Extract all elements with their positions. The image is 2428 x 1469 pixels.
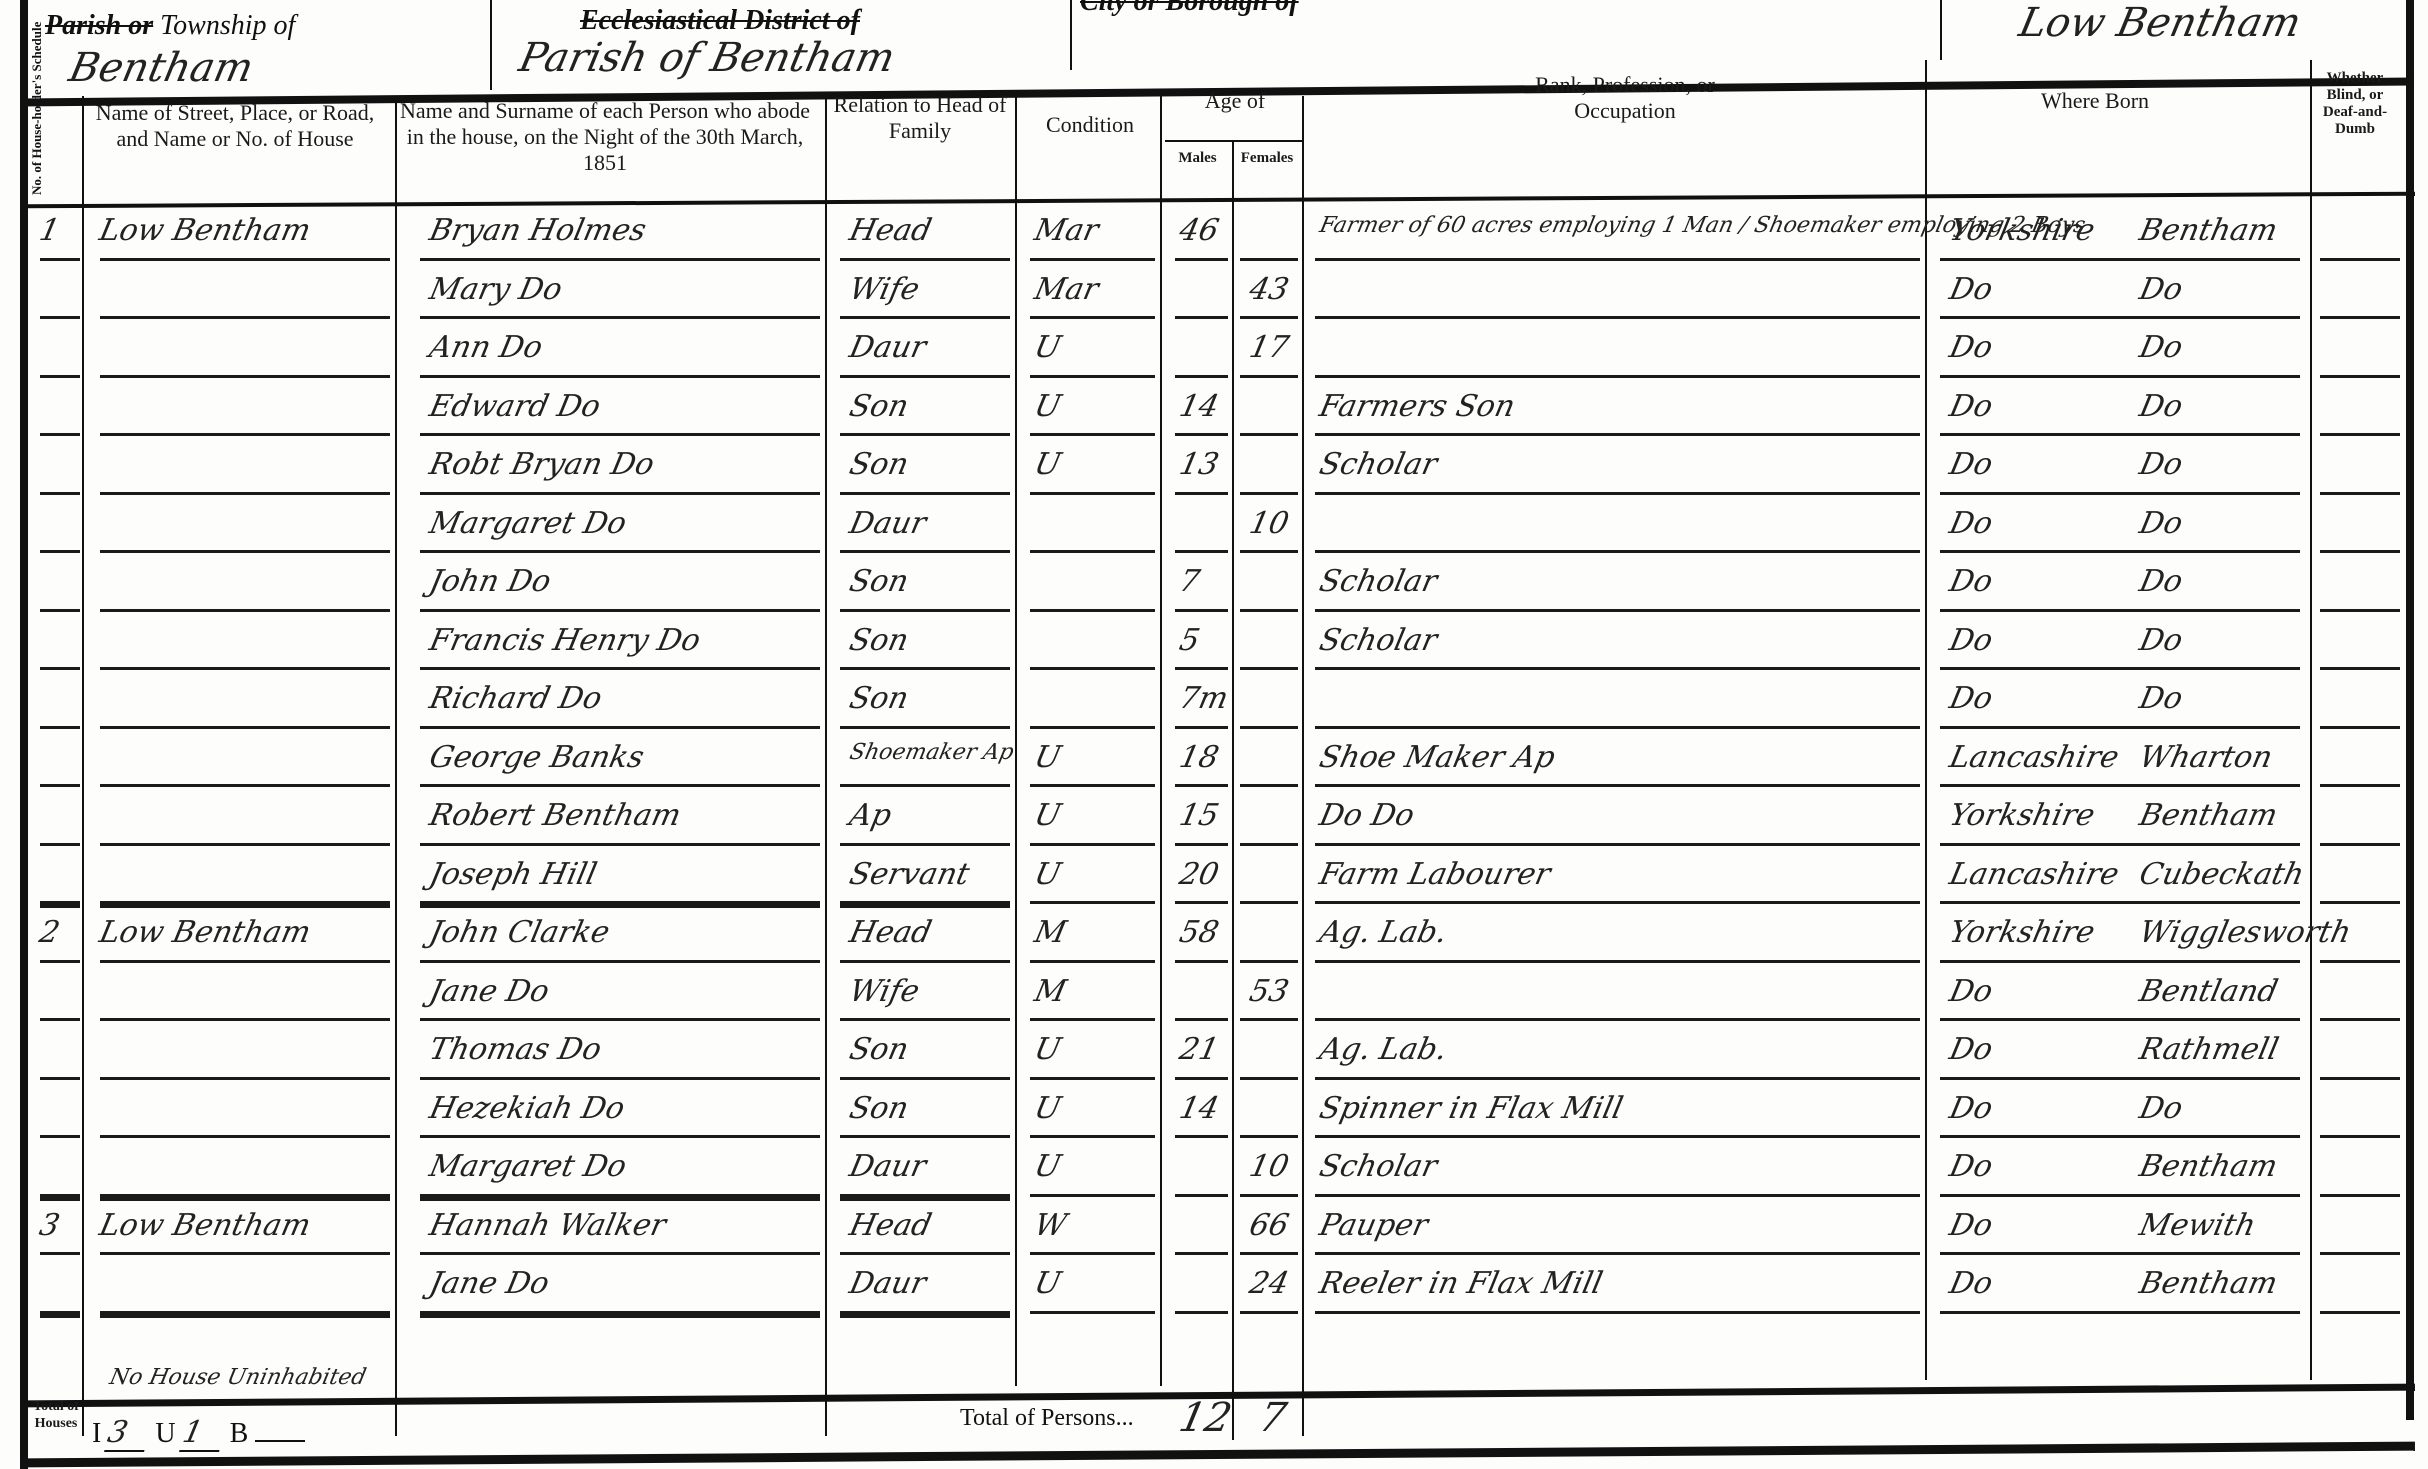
row-rule [840,258,1010,261]
uninhabited-count: 1 [179,1415,227,1452]
row-rule [420,492,820,495]
row-rule [840,316,1010,319]
row-rule [1315,258,1920,261]
cell-male-age: 7m [1176,681,1231,716]
row-rule [1030,843,1155,846]
header-age-of: Age of [1165,88,1305,114]
row-rule [420,726,820,729]
header-schedule-no: No. of House-holder's Schedule [30,22,44,195]
row-rule [1940,901,2300,904]
row-rule [2320,843,2400,846]
row-rule [840,1311,1010,1318]
cell-relation: Wife [846,974,922,1009]
row-rule [2320,258,2400,261]
row-rule [1175,550,1228,553]
row-rule [1030,258,1155,261]
row-rule [840,1252,1010,1255]
row-rule [1315,960,1920,963]
total-persons-label: Total of Persons... [960,1405,1134,1432]
row-rule [840,550,1010,553]
cell-name: Hannah Walker [426,1208,669,1243]
cell-male-age: 18 [1176,740,1222,775]
cell-condition: Mar [1031,272,1101,307]
row-rule [1315,1252,1920,1255]
cell-name: Jane Do [426,974,552,1009]
row-rule [420,550,820,553]
cell-born-place: Do [2136,447,2186,482]
row-rule [40,492,80,495]
row-rule [1240,433,1298,436]
cell-born-place: Rathmell [2136,1032,2281,1067]
cell-female-age: 10 [1246,1149,1292,1184]
cell-born-county: Yorkshire [1946,213,2098,248]
cell-name: Bryan Holmes [426,213,649,248]
row-rule [1315,1135,1920,1138]
row-rule [1240,960,1298,963]
row-rule [2320,316,2400,319]
row-rule [1240,492,1298,495]
cell-relation: Son [846,389,911,424]
left-border [20,0,28,1469]
row-rule [1175,667,1228,670]
row-rule [100,784,390,787]
cell-street: Low Bentham [96,915,313,950]
row-rule [2320,375,2400,378]
town-value: Low Bentham [2015,0,2305,46]
cell-name: Richard Do [426,681,605,716]
row-rule [40,550,80,553]
ecclesiastical-label: Ecclesiastical District of [580,5,860,37]
row-rule [1030,433,1155,436]
cell-name: Robt Bryan Do [426,447,657,482]
cell-born-county: Lancashire [1946,857,2122,892]
cell-relation: Son [846,1032,911,1067]
cell-male-age: 20 [1176,857,1222,892]
row-rule [1940,784,2300,787]
row-rule [840,901,1010,908]
row-rule [40,1077,80,1080]
row-rule [40,784,80,787]
row-rule [420,960,820,963]
cell-born-place: Do [2136,330,2186,365]
row-rule [1940,492,2300,495]
cell-male-age: 15 [1176,798,1222,833]
row-rule [2320,901,2400,904]
cell-occupation: Do Do [1316,798,1417,833]
row-rule [1940,726,2300,729]
cell-name: John Clarke [426,915,612,950]
row-rule [420,609,820,612]
cell-born-place: Do [2136,506,2186,541]
row-rule [1940,667,2300,670]
row-rule [420,258,820,261]
row-rule [1175,492,1228,495]
row-rule [100,1077,390,1080]
cell-condition: U [1031,798,1064,833]
row-rule [40,1194,80,1201]
header-relation: Relation to Head of Family [830,92,1010,144]
row-rule [420,1018,820,1021]
col-divider [1302,96,1304,1436]
cell-name: Thomas Do [426,1032,604,1067]
uninhabited-note: No House Uninhabited [107,1365,368,1390]
total-males: 12 [1175,1395,1236,1441]
cell-born-county: Do [1946,447,1996,482]
row-rule [840,433,1010,436]
cell-schedule: 2 [36,915,63,950]
age-subdivider [1165,140,1302,142]
bottom-rule [25,1442,2415,1468]
parish-label-struck: Parish or [45,10,153,41]
cell-female-age: 66 [1246,1208,1292,1243]
cell-male-age: 5 [1176,623,1203,658]
header-name: Name and Surname of each Person who abod… [395,98,815,176]
row-rule [1240,258,1298,261]
cell-relation: Son [846,681,911,716]
row-rule [2320,667,2400,670]
cell-relation: Son [846,447,911,482]
row-rule [1175,1018,1228,1021]
row-rule [420,843,820,846]
row-rule [40,433,80,436]
row-rule [1940,1252,2300,1255]
uninhabited-label: U [155,1418,175,1449]
cell-relation: Head [846,1208,934,1243]
row-rule [2320,1311,2400,1314]
row-rule [840,1135,1010,1138]
cell-condition: U [1031,389,1064,424]
row-rule [840,960,1010,963]
row-rule [2320,1194,2400,1197]
cell-occupation: Farmers Son [1316,389,1518,424]
cell-relation: Head [846,915,934,950]
header-blind-deaf: Whether Blind, or Deaf-and-Dumb [2310,70,2400,138]
row-rule [1240,316,1298,319]
row-rule [1940,1018,2300,1021]
row-rule [1940,1135,2300,1138]
cell-condition: M [1031,915,1069,950]
cell-occupation: Ag. Lab. [1316,1032,1450,1067]
cell-relation: Daur [846,1266,929,1301]
cell-name: John Do [426,564,554,599]
header-condition: Condition [1020,112,1160,138]
cell-relation: Daur [846,1149,929,1184]
row-rule [1175,784,1228,787]
cell-condition: U [1031,330,1064,365]
row-rule [2320,960,2400,963]
building-count [255,1440,305,1442]
col-divider [1925,60,1927,1380]
cell-female-age: 10 [1246,506,1292,541]
row-rule [840,784,1010,787]
cell-born-place: Bentham [2136,798,2280,833]
row-rule [1175,1311,1228,1314]
ecclesiastical-value: Parish of Bentham [515,35,899,81]
row-rule [1175,1135,1228,1138]
census-page: Parish or Township of Bentham Ecclesiast… [0,0,2428,1469]
cell-born-county: Do [1946,974,1996,1009]
cell-born-county: Do [1946,330,1996,365]
row-rule [1030,1252,1155,1255]
cell-name: Francis Henry Do [426,623,703,658]
cell-male-age: 14 [1176,389,1222,424]
row-rule [420,433,820,436]
row-rule [840,1194,1010,1201]
cell-born-county: Do [1946,623,1996,658]
cell-relation: Son [846,623,911,658]
col-divider [825,96,827,1436]
cell-relation: Son [846,564,911,599]
row-rule [100,375,390,378]
cell-female-age: 24 [1246,1266,1292,1301]
cell-condition: W [1031,1208,1069,1243]
row-rule [1175,1252,1228,1255]
row-rule [1240,784,1298,787]
cell-occupation: Reeler in Flax Mill [1316,1266,1605,1301]
cell-born-place: Mewith [2136,1208,2259,1243]
cell-born-place: Wigglesworth [2136,915,2354,950]
row-rule [100,960,390,963]
cell-condition: U [1031,857,1064,892]
cell-male-age: 7 [1176,564,1203,599]
cell-male-age: 46 [1176,213,1222,248]
row-rule [1175,726,1228,729]
row-rule [40,667,80,670]
parish-label: Parish or Township of [45,10,295,42]
row-rule [2320,1252,2400,1255]
cell-born-place: Do [2136,272,2186,307]
row-rule [1240,1018,1298,1021]
row-rule [420,1077,820,1080]
cell-condition: U [1031,740,1064,775]
row-rule [100,258,390,261]
row-rule [1030,1194,1155,1197]
row-rule [1240,1311,1298,1314]
row-rule [1315,433,1920,436]
row-rule [840,492,1010,495]
divider [490,0,492,90]
row-rule [1030,784,1155,787]
row-rule [1315,1311,1920,1314]
row-rule [100,550,390,553]
row-rule [1030,1018,1155,1021]
cell-female-age: 43 [1246,272,1292,307]
row-rule [1940,375,2300,378]
cell-occupation: Scholar [1316,623,1440,658]
row-rule [420,784,820,787]
row-rule [40,1018,80,1021]
row-rule [1175,843,1228,846]
cell-born-county: Do [1946,506,1996,541]
row-rule [1240,1077,1298,1080]
cell-occupation: Shoe Maker Ap [1316,740,1558,775]
cell-born-county: Lancashire [1946,740,2122,775]
row-rule [840,609,1010,612]
cell-occupation: Pauper [1316,1208,1431,1243]
right-border [2406,0,2414,1420]
row-rule [1940,1077,2300,1080]
row-rule [1030,960,1155,963]
row-rule [420,1252,820,1255]
cell-born-county: Do [1946,389,1996,424]
row-rule [1175,1077,1228,1080]
row-rule [840,1077,1010,1080]
cell-street: Low Bentham [96,1208,313,1243]
cell-born-place: Do [2136,623,2186,658]
row-rule [100,1252,390,1255]
row-rule [1240,550,1298,553]
cell-occupation: Scholar [1316,447,1440,482]
row-rule [100,667,390,670]
row-rule [2320,550,2400,553]
cell-relation: Head [846,213,934,248]
row-rule [1030,609,1155,612]
cell-occupation: Scholar [1316,564,1440,599]
row-rule [1315,1077,1920,1080]
row-rule [100,1135,390,1138]
cell-occupation: Spinner in Flax Mill [1316,1091,1626,1126]
row-rule [1030,316,1155,319]
row-rule [100,492,390,495]
row-rule [1315,784,1920,787]
row-rule [1315,492,1920,495]
divider [1070,0,1072,70]
row-rule [1315,667,1920,670]
row-rule [1315,609,1920,612]
col-divider [1160,96,1162,1386]
cell-relation: Ap [846,798,894,833]
cell-name: Margaret Do [426,506,629,541]
col-divider [1232,140,1234,1440]
row-rule [100,1194,390,1201]
row-rule [1940,843,2300,846]
row-rule [1240,375,1298,378]
row-rule [1315,901,1920,904]
cell-born-place: Bentland [2136,974,2281,1009]
row-rule [1315,316,1920,319]
row-rule [1030,667,1155,670]
row-rule [40,375,80,378]
township-label: Township of [160,10,295,41]
row-rule [1315,843,1920,846]
cell-born-county: Do [1946,1032,1996,1067]
row-rule [100,1311,390,1318]
row-rule [1030,550,1155,553]
cell-name: Jane Do [426,1266,552,1301]
col-divider [2310,60,2312,1380]
row-rule [1240,726,1298,729]
row-rule [1940,609,2300,612]
cell-female-age: 53 [1246,974,1292,1009]
cell-condition: U [1031,447,1064,482]
cell-born-place: Bentham [2136,1149,2280,1184]
row-rule [2320,784,2400,787]
row-rule [100,1018,390,1021]
parish-value: Bentham [65,45,257,91]
row-rule [1240,843,1298,846]
cell-name: Hezekiah Do [426,1091,628,1126]
row-rule [840,375,1010,378]
cell-born-place: Bentham [2136,1266,2280,1301]
cell-male-age: 14 [1176,1091,1222,1126]
house-totals: I 3 U 1 B [92,1415,305,1452]
cell-born-place: Bentham [2136,213,2280,248]
cell-born-county: Yorkshire [1946,798,2098,833]
row-rule [2320,433,2400,436]
total-houses-label: Total of Houses [30,1398,82,1432]
row-rule [40,960,80,963]
cell-name: Mary Do [426,272,565,307]
cell-street: Low Bentham [96,213,313,248]
cell-born-county: Yorkshire [1946,915,2098,950]
row-rule [1030,901,1155,904]
header-males: Males [1165,150,1230,167]
row-rule [2320,1135,2400,1138]
row-rule [40,843,80,846]
header-females: Females [1232,150,1302,167]
cell-born-place: Do [2136,681,2186,716]
row-rule [840,726,1010,729]
header-bottom-rule [25,192,2415,209]
row-rule [1030,1077,1155,1080]
row-rule [1175,1194,1228,1197]
cell-born-county: Do [1946,1266,1996,1301]
row-rule [100,901,390,908]
row-rule [1240,901,1298,904]
cell-occupation: Scholar [1316,1149,1440,1184]
row-rule [2320,609,2400,612]
row-rule [840,667,1010,670]
row-rule [1240,667,1298,670]
row-rule [1240,609,1298,612]
row-rule [420,1194,820,1201]
cell-name: Robert Bentham [426,798,684,833]
row-rule [840,1018,1010,1021]
cell-born-place: Cubeckath [2136,857,2307,892]
cell-name: Edward Do [426,389,603,424]
row-rule [420,1311,820,1318]
cell-relation: Shoemaker Ap [847,740,1016,765]
cell-relation: Servant [846,857,972,892]
row-rule [1240,1252,1298,1255]
cell-condition: M [1031,974,1069,1009]
header-where-born: Where Born [1930,88,2260,114]
cell-born-county: Do [1946,1149,1996,1184]
row-rule [1315,550,1920,553]
row-rule [1240,1194,1298,1197]
row-rule [1240,1135,1298,1138]
row-rule [1940,1194,2300,1197]
row-rule [420,316,820,319]
cell-born-county: Do [1946,1091,1996,1126]
cell-male-age: 13 [1176,447,1222,482]
cell-born-place: Do [2136,1091,2186,1126]
row-rule [1175,433,1228,436]
cell-born-county: Do [1946,272,1996,307]
cell-born-county: Do [1946,1208,1996,1243]
row-rule [40,901,80,908]
row-rule [40,609,80,612]
cell-male-age: 21 [1176,1032,1222,1067]
row-rule [1175,375,1228,378]
row-rule [1175,316,1228,319]
row-rule [100,609,390,612]
row-rule [420,1135,820,1138]
row-rule [1940,316,2300,319]
cell-occupation: Ag. Lab. [1316,915,1450,950]
row-rule [1315,1194,1920,1197]
row-rule [840,843,1010,846]
